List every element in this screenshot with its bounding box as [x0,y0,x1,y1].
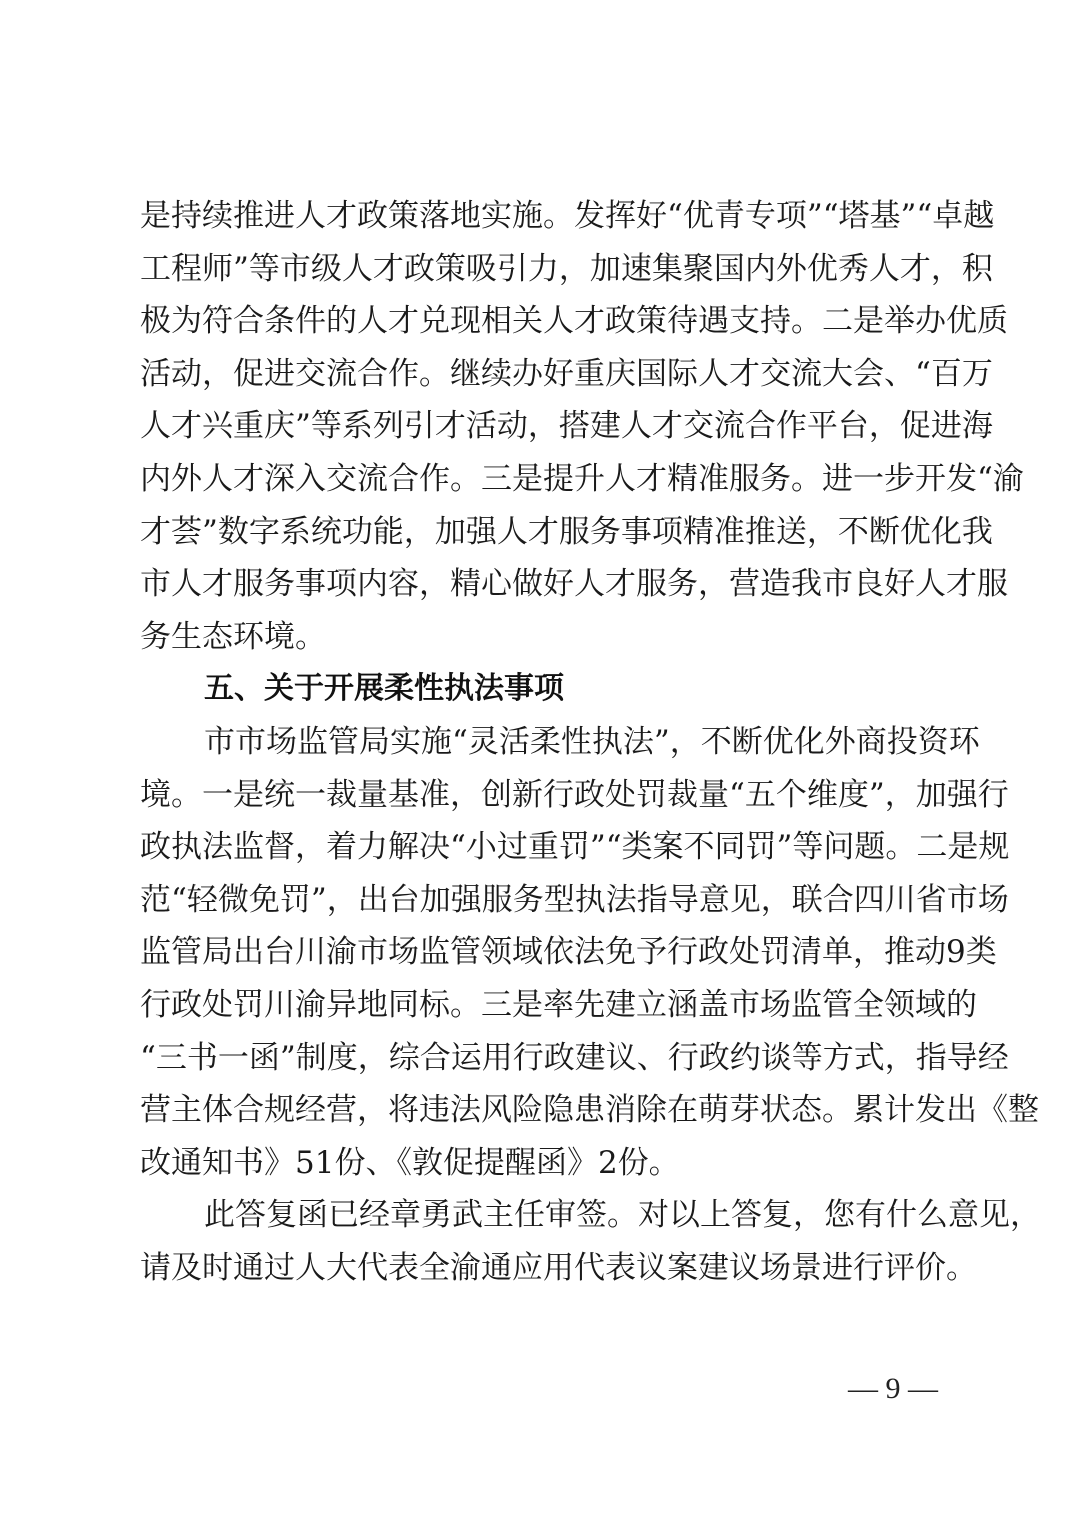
document-body: 是持续推进人才政策落地实施。发挥好“优青专项”“塔基”“卓越 工程师”等市级人才… [140,190,938,1294]
paragraph-line: 监管局出台川渝市场监管领域依法免予行政处罚清单，推动9类 [140,926,938,979]
paragraph-line: 人才兴重庆”等系列引才活动，搭建人才交流合作平台，促进海 [140,400,938,453]
paragraph-line: 市人才服务事项内容，精心做好人才服务，营造我市良好人才服 [140,558,938,611]
closing-line: 请及时通过人大代表全渝通应用代表议案建议场景进行评价。 [140,1242,938,1295]
paragraph-line: 政执法监督，着力解决“小过重罚”“类案不同罚”等问题。二是规 [140,821,938,874]
paragraph-line: 务生态环境。 [140,611,938,664]
paragraph-line: 境。一是统一裁量基准，创新行政处罚裁量“五个维度”，加强行 [140,769,938,822]
paragraph-line: 才荟”数字系统功能，加强人才服务事项精准推送，不断优化我 [140,506,938,559]
paragraph-line: “三书一函”制度，综合运用行政建议、行政约谈等方式，指导经 [140,1032,938,1085]
paragraph-line: 内外人才深入交流合作。三是提升人才精准服务。进一步开发“渝 [140,453,938,506]
paragraph-line: 营主体合规经营，将违法风险隐患消除在萌芽状态。累计发出《整 [140,1084,938,1137]
paragraph-line: 极为符合条件的人才兑现相关人才政策待遇支持。二是举办优质 [140,295,938,348]
paragraph-line: 工程师”等市级人才政策吸引力，加速集聚国内外优秀人才，积 [140,243,938,296]
paragraph-line: 是持续推进人才政策落地实施。发挥好“优青专项”“塔基”“卓越 [140,190,938,243]
paragraph-line: 活动，促进交流合作。继续办好重庆国际人才交流大会、“百万 [140,348,938,401]
document-page: 是持续推进人才政策落地实施。发挥好“优青专项”“塔基”“卓越 工程师”等市级人才… [0,0,1074,1520]
paragraph-line: 改通知书》51份、《敦促提醒函》2份。 [140,1137,938,1190]
paragraph-line: 市市场监管局实施“灵活柔性执法”，不断优化外商投资环 [140,716,938,769]
section-heading: 五、关于开展柔性执法事项 [140,663,938,716]
paragraph-line: 行政处罚川渝异地同标。三是率先建立涵盖市场监管全领域的 [140,979,938,1032]
paragraph-line: 范“轻微免罚”，出台加强服务型执法指导意见，联合四川省市场 [140,874,938,927]
page-number: — 9 — [848,1372,938,1406]
closing-line: 此答复函已经章勇武主任审签。对以上答复，您有什么意见， [140,1189,938,1242]
